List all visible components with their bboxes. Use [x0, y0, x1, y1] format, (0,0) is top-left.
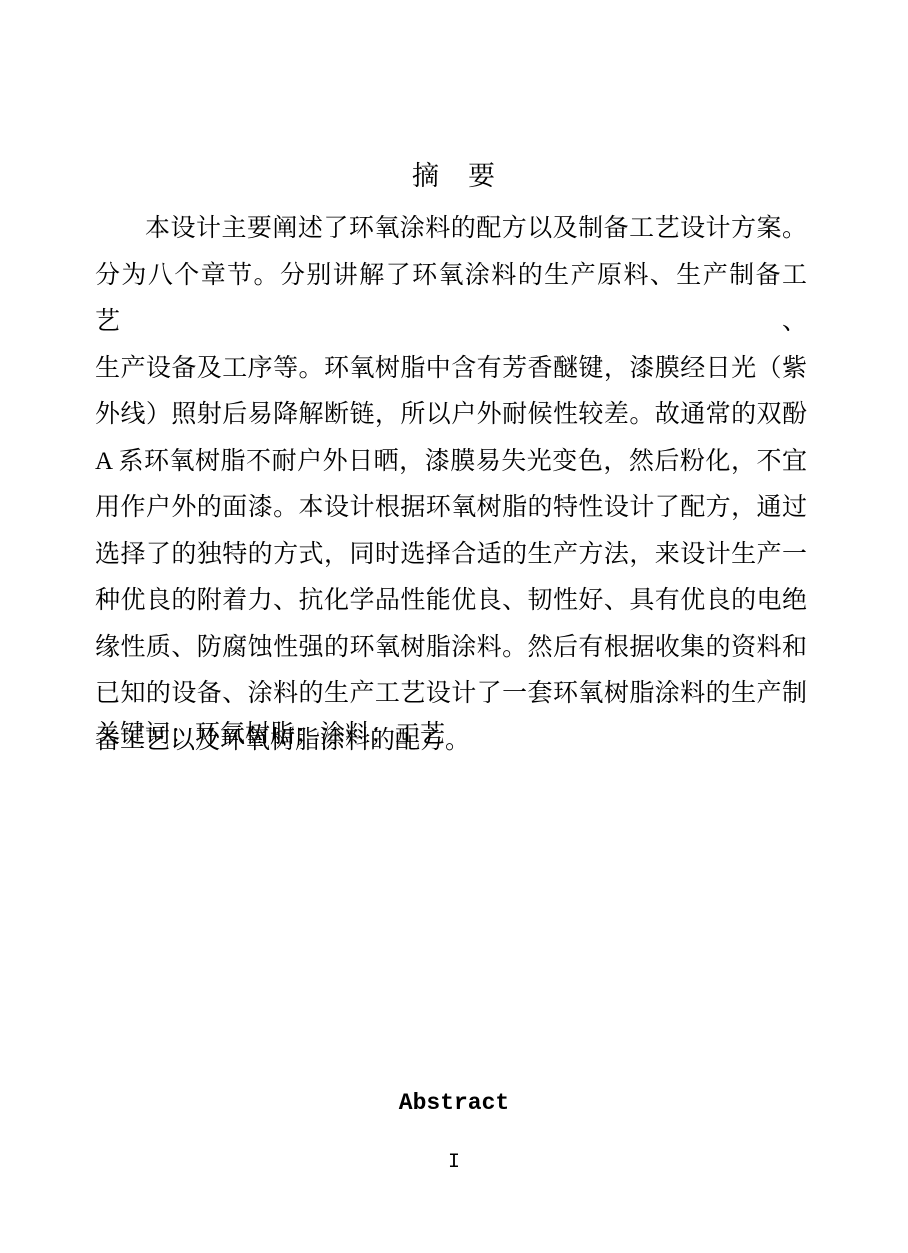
paragraph-line-6: 用作户外的面漆。本设计根据环氧树脂的特性设计了配方，通过	[95, 485, 807, 532]
paragraph-line-2: 分为八个章节。分别讲解了环氧涂料的生产原料、生产制备工艺、	[95, 253, 807, 346]
paragraph-line-7: 选择了的独特的方式，同时选择合适的生产方法，来设计生产一	[95, 532, 807, 579]
paragraph-line-5: A 系环氧树脂不耐户外日晒，漆膜易失光变色，然后粉化，不宜	[95, 439, 807, 486]
paragraph-line-1: 本设计主要阐述了环氧涂料的配方以及制备工艺设计方案。	[95, 206, 807, 253]
paragraph-line-3: 生产设备及工序等。环氧树脂中含有芳香醚键，漆膜经日光（紫	[95, 346, 807, 393]
page-number: I	[0, 1152, 908, 1174]
paragraph-line-9: 缘性质、防腐蚀性强的环氧树脂涂料。然后有根据收集的资料和	[95, 625, 807, 672]
keywords-line: 关键词：环氧树脂；涂料；工艺	[95, 712, 807, 759]
document-page: 摘 要 本设计主要阐述了环氧涂料的配方以及制备工艺设计方案。 分为八个章节。分别…	[0, 0, 908, 1253]
page-title: 摘 要	[0, 153, 908, 199]
abstract-paragraph: 本设计主要阐述了环氧涂料的配方以及制备工艺设计方案。 分为八个章节。分别讲解了环…	[95, 206, 807, 764]
paragraph-line-4: 外线）照射后易降解断链，所以户外耐候性较差。故通常的双酚	[95, 392, 807, 439]
paragraph-line-8: 种优良的附着力、抗化学品性能优良、韧性好、具有优良的电绝	[95, 578, 807, 625]
abstract-heading: Abstract	[0, 1088, 908, 1118]
paragraph-line-10: 已知的设备、涂料的生产工艺设计了一套环氧树脂涂料的生产制	[95, 671, 807, 718]
